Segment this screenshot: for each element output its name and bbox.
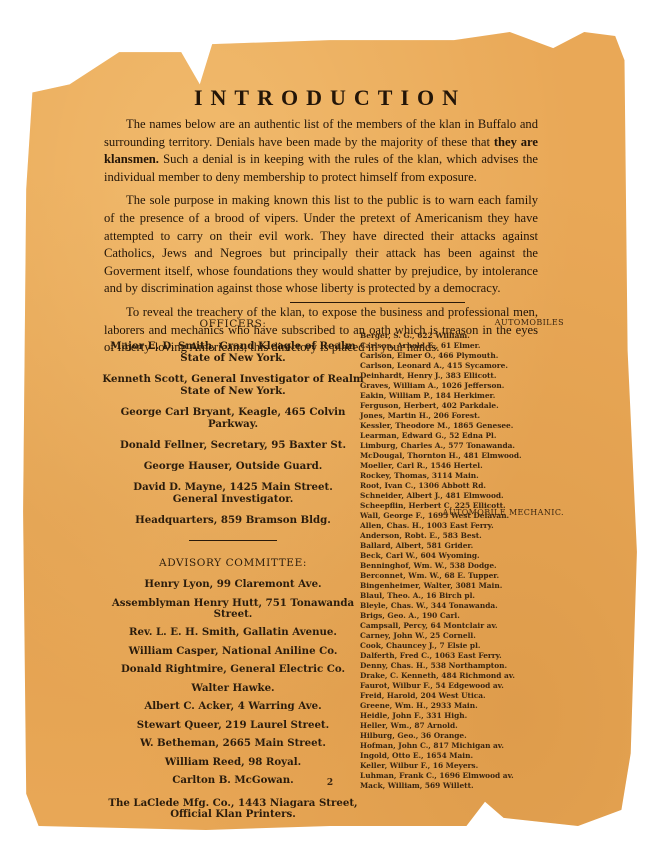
list-item: McDougal, Thornton H., 481 Elmwood. (360, 451, 570, 461)
list-item: Dalferth, Fred C., 1063 East Ferry. (360, 651, 570, 661)
list-item: Ballard, Albert, 581 Grider. (360, 541, 570, 551)
officers-divider (189, 540, 277, 541)
list-item: Hilburg, Geo., 36 Orange. (360, 731, 570, 741)
list-item: Brigs, Geo. A., 190 Carl. (360, 611, 570, 621)
officers-heading: OFFICERS: (98, 318, 368, 330)
paragraph-text: Such a denial is in keeping with the rul… (104, 152, 538, 184)
official-printer: The LaClede Mfg. Co., 1443 Niagara Stree… (98, 798, 368, 820)
officer-entry: Major E. D. Smith, Grand Kleagle of Real… (98, 340, 368, 364)
officer-line: Donald Fellner, Secretary, 95 Baxter St. (98, 439, 368, 451)
officer-line: George Hauser, Outside Guard. (98, 460, 368, 472)
automobile-mechanic-heading: AUTOMOBILE MECHANIC. (360, 508, 570, 517)
automobiles-heading: AUTOMOBILES (360, 318, 570, 327)
list-item: Deinhardt, Henry J., 383 Ellicott. (360, 371, 570, 381)
list-item: Learman, Edward G., 52 Edna Pl. (360, 431, 570, 441)
committee-member: Albert C. Acker, 4 Warring Ave. (98, 701, 368, 712)
list-item: Drake, C. Kenneth, 484 Richmond av. (360, 671, 570, 681)
list-item: Greene, Wm. H., 2933 Main. (360, 701, 570, 711)
list-item: Berger, S. G., 622 William. (360, 331, 570, 341)
list-item: Bleyle, Chas. W., 344 Tonawanda. (360, 601, 570, 611)
officer-line: George Carl Bryant, Keagle, 465 Colvin P… (98, 406, 368, 430)
officers-and-committee-column: OFFICERS: Major E. D. Smith, Grand Kleag… (98, 318, 368, 820)
list-item: Blaul, Theo. A., 16 Birch pl. (360, 591, 570, 601)
officer-entry: Donald Fellner, Secretary, 95 Baxter St. (98, 439, 368, 451)
list-item: Carlson, Leonard A., 415 Sycamore. (360, 361, 570, 371)
list-item: Eakin, William P., 184 Herkimer. (360, 391, 570, 401)
list-item: Beck, Carl W., 604 Wyoming. (360, 551, 570, 561)
automobiles-list: Berger, S. G., 622 William.Carlson, Arno… (360, 331, 570, 521)
list-item: Heller, Wm., 87 Arnold. (360, 721, 570, 731)
list-item: Keller, Wilbur F., 16 Meyers. (360, 761, 570, 771)
officer-entry: David D. Mayne, 1425 Main Street.General… (98, 481, 368, 505)
paragraph-text: The names below are an authentic list of… (104, 117, 538, 149)
list-item: Cook, Chauncey J., 7 Elsie pl. (360, 641, 570, 651)
list-item: Rockey, Thomas, 3114 Main. (360, 471, 570, 481)
page-title: INTRODUCTION (20, 85, 640, 111)
officers-list: Major E. D. Smith, Grand Kleagle of Real… (98, 340, 368, 526)
committee-member: Walter Hawke. (98, 683, 368, 694)
list-item: Carlson, Arnold E., 61 Elmer. (360, 341, 570, 351)
list-item: Berconnet, Wm. W., 68 E. Tupper. (360, 571, 570, 581)
list-item: Carney, John W., 25 Cornell. (360, 631, 570, 641)
section-divider (290, 302, 465, 303)
list-item: Graves, William A., 1026 Jefferson. (360, 381, 570, 391)
committee-member: Stewart Queer, 219 Laurel Street. (98, 720, 368, 731)
list-item: Heidle, John F., 331 High. (360, 711, 570, 721)
officer-line: Headquarters, 859 Bramson Bldg. (98, 514, 368, 526)
committee-member: W. Betheman, 2665 Main Street. (98, 738, 368, 749)
officer-line: David D. Mayne, 1425 Main Street. (98, 481, 368, 493)
advisory-committee-list: Henry Lyon, 99 Claremont Ave.Assemblyman… (98, 579, 368, 786)
officer-line: State of New York. (98, 352, 368, 364)
paragraph-text: The sole purpose in making known this li… (104, 193, 538, 295)
list-item: Hofman, John C., 817 Michigan av. (360, 741, 570, 751)
officer-entry: Headquarters, 859 Bramson Bldg. (98, 514, 368, 526)
officer-line: State of New York. (98, 385, 368, 397)
list-item: Ingold, Otto E., 1654 Main. (360, 751, 570, 761)
list-item: Root, Ivan C., 1306 Abbott Rd. (360, 481, 570, 491)
list-item: Faurot, Wilbur F., 54 Edgewood av. (360, 681, 570, 691)
officer-entry: George Carl Bryant, Keagle, 465 Colvin P… (98, 406, 368, 430)
automobile-mechanic-section: AUTOMOBILE MECHANIC. Allen, Chas. H., 10… (360, 508, 570, 791)
list-item: Anderson, Robt. E., 583 Best. (360, 531, 570, 541)
list-item: Kessler, Theodore M., 1865 Genesee. (360, 421, 570, 431)
document-page: INTRODUCTION The names below are an auth… (20, 28, 640, 834)
officer-entry: Kenneth Scott, General Investigator of R… (98, 373, 368, 397)
printer-line: Official Klan Printers. (98, 809, 368, 820)
list-item: Moeller, Carl R., 1546 Hertel. (360, 461, 570, 471)
list-item: Bingenheimer, Walter, 3081 Main. (360, 581, 570, 591)
intro-paragraph-1: The names below are an authentic list of… (104, 116, 538, 186)
automobiles-section: AUTOMOBILES Berger, S. G., 622 William.C… (360, 318, 570, 521)
officer-line: Kenneth Scott, General Investigator of R… (98, 373, 368, 385)
committee-member: Donald Rightmire, General Electric Co. (98, 664, 368, 675)
committee-member: Henry Lyon, 99 Claremont Ave. (98, 579, 368, 590)
intro-paragraph-2: The sole purpose in making known this li… (104, 192, 538, 298)
list-item: Schneider, Albert J., 481 Elmwood. (360, 491, 570, 501)
automobile-mechanic-list: Allen, Chas. H., 1003 East Ferry.Anderso… (360, 521, 570, 791)
list-item: Limburg, Charles A., 577 Tonawanda. (360, 441, 570, 451)
list-item: Denny, Chas. H., 538 Northampton. (360, 661, 570, 671)
advisory-committee-heading: ADVISORY COMMITTEE: (98, 557, 368, 569)
committee-member: Assemblyman Henry Hutt, 751 Tonawanda St… (98, 598, 368, 620)
committee-member: William Reed, 98 Royal. (98, 757, 368, 768)
officer-line: Major E. D. Smith, Grand Kleagle of Real… (98, 340, 368, 352)
list-item: Freid, Harold, 204 West Utica. (360, 691, 570, 701)
list-item: Campsall, Percy, 64 Montclair av. (360, 621, 570, 631)
list-item: Ferguson, Herbert, 402 Parkdale. (360, 401, 570, 411)
list-item: Jones, Martin H., 206 Forest. (360, 411, 570, 421)
officer-entry: George Hauser, Outside Guard. (98, 460, 368, 472)
officer-line: General Investigator. (98, 493, 368, 505)
committee-member: Rev. L. E. H. Smith, Gallatin Avenue. (98, 627, 368, 638)
list-item: Allen, Chas. H., 1003 East Ferry. (360, 521, 570, 531)
list-item: Carlson, Elmer O., 466 Plymouth. (360, 351, 570, 361)
committee-member: William Casper, National Aniline Co. (98, 646, 368, 657)
page-number: 2 (20, 778, 640, 788)
list-item: Benninghof, Wm. W., 538 Dodge. (360, 561, 570, 571)
